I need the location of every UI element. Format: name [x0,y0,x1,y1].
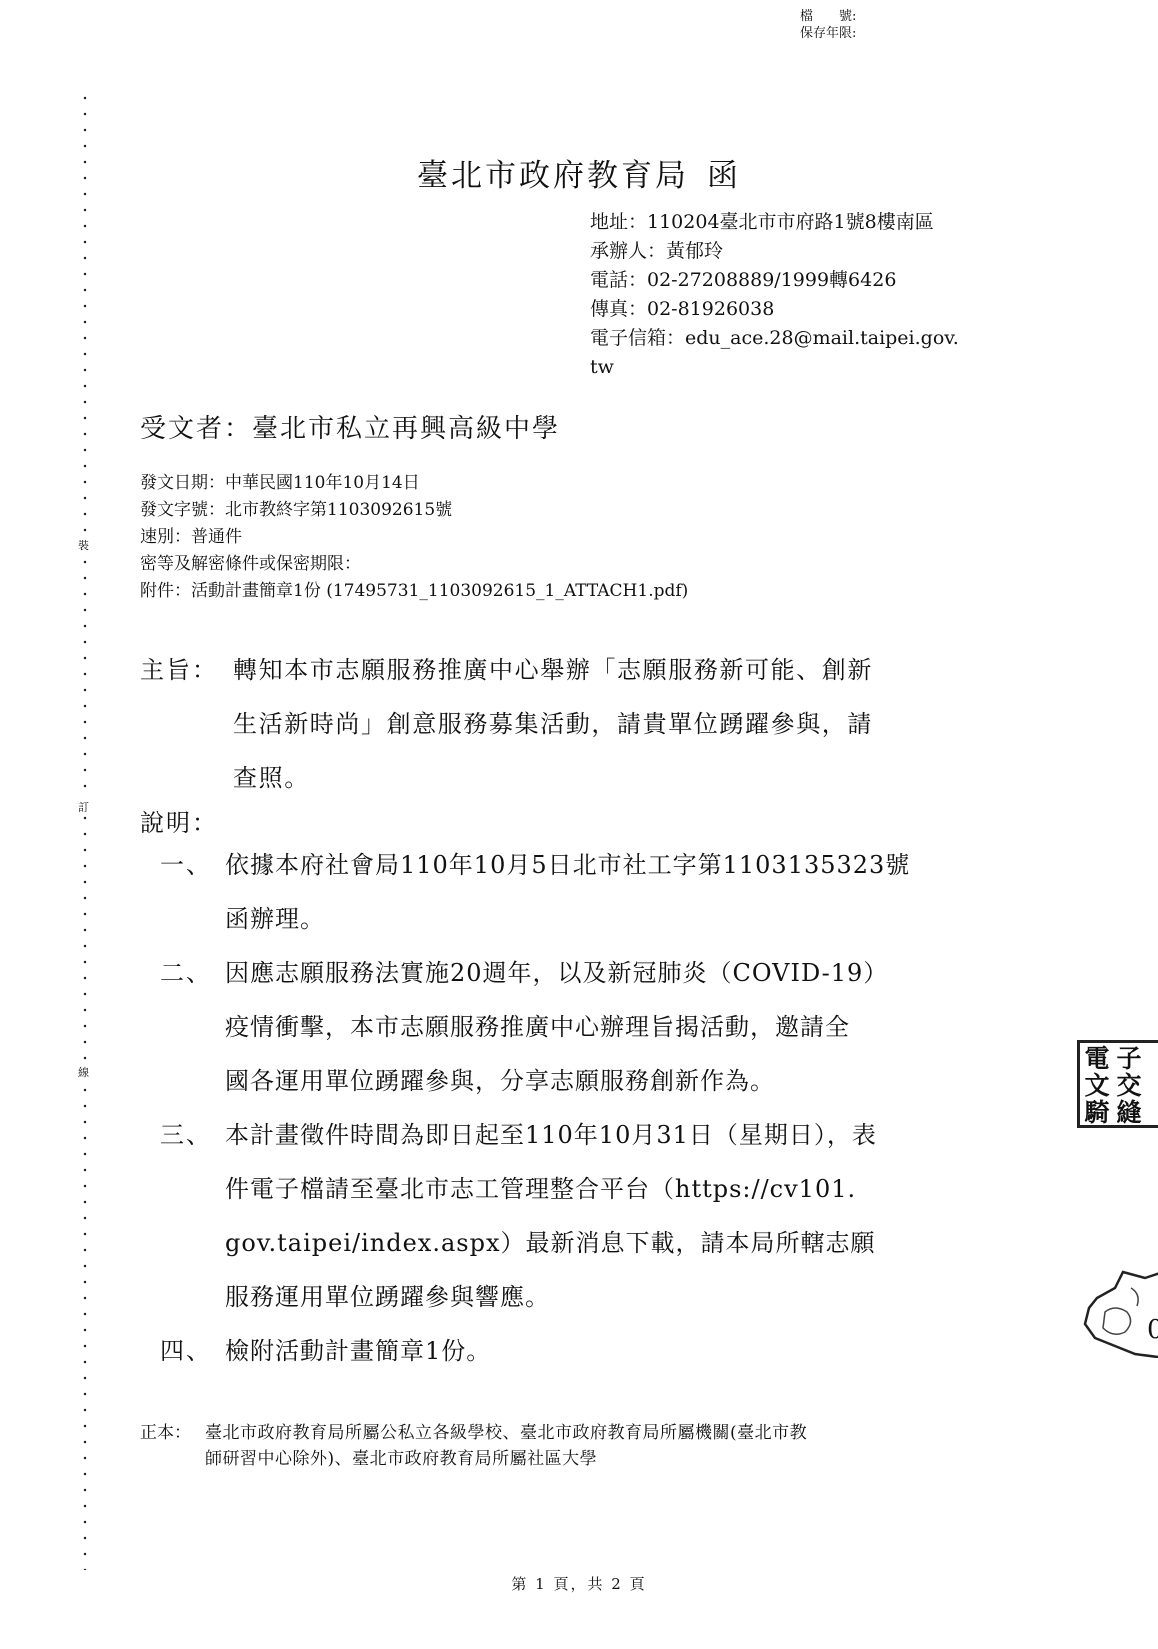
retention-period-label: 保存年限: [800,25,856,42]
agency-name: 臺北市政府教育局 [417,158,689,194]
address: 地址：110204臺北市市府路1號8樓南區 [590,208,959,237]
issue-date: 發文日期：中華民國110年10月14日 [140,470,688,497]
handler: 承辦人：黃郁玲 [590,237,959,266]
item-line: 服務運用單位踴躍參與響應。 [225,1270,1025,1324]
item-line: 檢附活動計畫簡章1份。 [225,1324,1025,1378]
cc-label: 正本： [140,1420,191,1446]
item-line: 疫情衝擊，本市志願服務推廣中心辦理旨揭活動，邀請全 [225,1000,1025,1054]
fax: 傳真：02-81926038 [590,295,959,324]
subject-line: 生活新時尚」創意服務募集活動，請貴單位踴躍參與，請 [233,697,1013,751]
margin-mark-bind: 裝 [78,538,89,554]
item-number: 一、 [160,838,212,892]
item-line: 件電子檔請至臺北市志工管理整合平台（https://cv101. [225,1162,1025,1216]
item-number: 四、 [160,1324,212,1378]
cc-line: 師研習中心除外)、臺北市政府教育局所屬社區大學 [205,1446,1105,1472]
item-line: 依據本府社會局110年10月5日北市社工字第1103135323號 [225,838,1025,892]
margin-mark-line: 線 [78,1065,89,1081]
file-number-label: 檔 號: [800,8,856,25]
delivery-speed: 速別：普通件 [140,524,688,551]
subject-label: 主旨： [140,643,218,697]
attachment: 附件：活動計畫簡章1份 (17495731_1103092615_1_ATTAC… [140,578,688,605]
email-line-2: tw [590,353,959,382]
contact-info: 地址：110204臺北市市府路1號8樓南區 承辦人：黃郁玲 電話：02-2720… [590,208,959,382]
document-type: 函 [707,158,741,194]
official-seal-icon: 0 [1075,1268,1158,1358]
page-number: 第 1 頁，共 2 頁 [0,1573,1158,1594]
recipient: 受文者：臺北市私立再興高級中學 [140,408,560,445]
svg-text:0: 0 [1147,1315,1158,1345]
stamp-column-1: 電文騎 [1083,1045,1111,1126]
subject-body: 轉知本市志願服務推廣中心舉辦「志願服務新可能、創新 生活新時尚」創意服務募集活動… [233,643,1013,805]
description-label: 說明： [140,803,218,838]
classification: 密等及解密條件或保密期限： [140,551,688,578]
stamp-column-2: 子交縫 [1115,1045,1143,1126]
item-line: gov.taipei/index.aspx）最新消息下載，請本局所轄志願 [225,1216,1025,1270]
item-line: 國各運用單位踴躍參與，分享志願服務創新作為。 [225,1054,1025,1108]
item-line: 本計畫徵件時間為即日起至110年10月31日（星期日），表 [225,1108,1025,1162]
subject-line: 轉知本市志願服務推廣中心舉辦「志願服務新可能、創新 [233,643,1013,697]
subject-line: 查照。 [233,751,1013,805]
binding-margin-dotted-line [83,90,87,1570]
file-meta: 檔 號: 保存年限: [800,8,856,42]
item-line: 因應志願服務法實施20週年，以及新冠肺炎（COVID-19） [225,946,1025,1000]
cc-line: 臺北市政府教育局所屬公私立各級學校、臺北市政府教育局所屬機關(臺北市教 [205,1420,1105,1446]
item-number: 三、 [160,1108,212,1162]
document-title: 臺北市政府教育局函 [0,150,1158,195]
issue-ref-number: 發文字號：北市教終字第1103092615號 [140,497,688,524]
issue-info: 發文日期：中華民國110年10月14日 發文字號：北市教終字第110309261… [140,470,688,605]
email-line-1: 電子信箱：edu_ace.28@mail.taipei.gov. [590,324,959,353]
item-line: 函辦理。 [225,892,1025,946]
margin-mark-staple: 訂 [78,800,89,816]
item-number: 二、 [160,946,212,1000]
electronic-seam-stamp: 電文騎 子交縫 [1077,1040,1158,1128]
phone: 電話：02-27208889/1999轉6426 [590,266,959,295]
